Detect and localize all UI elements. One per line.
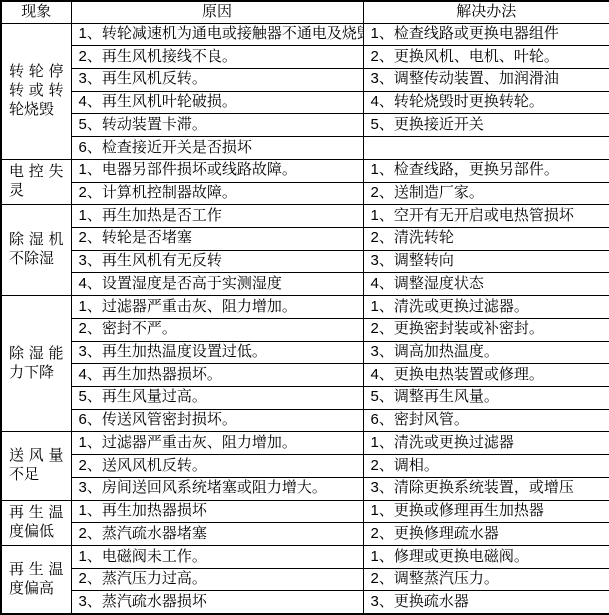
solution-cell: 3、清除更换系统装置，或增压 xyxy=(363,477,609,500)
troubleshooting-table: 现象 原因 解决办法 转轮停转或转轮烧毁1、转轮减速机为通电或接触器不通电及烧毁… xyxy=(0,0,609,615)
cause-cell: 4、设置湿度是否高于实测湿度 xyxy=(71,273,363,296)
table-row: 6、检查接近开关是否损坏 xyxy=(1,137,609,160)
cause-cell: 2、送风风机反转。 xyxy=(71,455,363,478)
solution-cell: 6、密封风管。 xyxy=(363,409,609,432)
cause-cell: 3、再生风机有无反转 xyxy=(71,250,363,273)
solution-cell: 4、更换电热装置或修理。 xyxy=(363,364,609,387)
phenomenon-cell: 除湿能力下降 xyxy=(1,296,71,432)
cause-cell: 2、转轮是否堵塞 xyxy=(71,227,363,250)
cause-cell: 2、密封不严。 xyxy=(71,318,363,341)
cause-cell: 4、再生加热器损坏。 xyxy=(71,364,363,387)
table-row: 3、蒸汽疏水器损坏3、更换疏水器 xyxy=(1,591,609,614)
cause-cell: 3、再生加热温度设置过低。 xyxy=(71,341,363,364)
solution-cell: 1、更换或修理再生加热器 xyxy=(363,500,609,523)
header-cell-phenomenon: 现象 xyxy=(1,1,71,23)
solution-cell: 1、检查线路或更换电器组件 xyxy=(363,23,609,46)
cause-cell: 6、传送风管密封损坏。 xyxy=(71,409,363,432)
solution-cell: 2、清洗转轮 xyxy=(363,227,609,250)
cause-cell: 1、过滤器严重击灰、阻力增加。 xyxy=(71,296,363,319)
cause-cell: 1、转轮减速机为通电或接触器不通电及烧毁。 xyxy=(71,23,363,46)
cause-cell: 2、蒸汽压力过高。 xyxy=(71,568,363,591)
solution-cell: 4、转轮烧毁时更换转轮。 xyxy=(363,91,609,114)
cause-cell: 3、蒸汽疏水器损坏 xyxy=(71,591,363,614)
table-row: 2、蒸汽疏水器堵塞2、更换修理疏水器 xyxy=(1,523,609,546)
header-cell-solution: 解决办法 xyxy=(363,1,609,23)
header-row: 现象 原因 解决办法 xyxy=(1,1,609,23)
phenomenon-cell: 除湿机不除湿 xyxy=(1,205,71,296)
phenomenon-cell: 转轮停转或转轮烧毁 xyxy=(1,23,71,159)
table-row: 送风量不足1、过滤器严重击灰、阻力增加。1、清洗或更换过滤器 xyxy=(1,432,609,455)
solution-cell: 2、调相。 xyxy=(363,455,609,478)
table-row: 3、再生风机反转。3、调整传动装置、加润滑油 xyxy=(1,68,609,91)
solution-cell: 2、更换修理疏水器 xyxy=(363,523,609,546)
cause-cell: 1、电器另部件损坏或线路故障。 xyxy=(71,159,363,182)
phenomenon-cell: 送风量不足 xyxy=(1,432,71,500)
solution-cell: 2、送制造厂家。 xyxy=(363,182,609,205)
solution-cell: 1、清洗或更换过滤器。 xyxy=(363,296,609,319)
cause-cell: 1、电磁阀未工作。 xyxy=(71,546,363,569)
solution-cell xyxy=(363,137,609,160)
phenomenon-cell: 再生温度偏高 xyxy=(1,546,71,614)
table-body: 转轮停转或转轮烧毁1、转轮减速机为通电或接触器不通电及烧毁。1、检查线路或更换电… xyxy=(1,23,609,614)
solution-cell: 5、更换接近开关 xyxy=(363,114,609,137)
solution-cell: 1、修理或更换电磁阀。 xyxy=(363,546,609,569)
solution-cell: 2、更换风机、电机、叶轮。 xyxy=(363,46,609,69)
table-row: 除湿能力下降1、过滤器严重击灰、阻力增加。1、清洗或更换过滤器。 xyxy=(1,296,609,319)
table-row: 2、密封不严。2、更换密封装或补密封。 xyxy=(1,318,609,341)
phenomenon-cell: 电控失灵 xyxy=(1,159,71,204)
table-row: 2、蒸汽压力过高。2、调整蒸汽压力。 xyxy=(1,568,609,591)
solution-cell: 1、检查线路，更换另部件。 xyxy=(363,159,609,182)
table-row: 转轮停转或转轮烧毁1、转轮减速机为通电或接触器不通电及烧毁。1、检查线路或更换电… xyxy=(1,23,609,46)
table-row: 4、设置湿度是否高于实测湿度4、调整湿度状态 xyxy=(1,273,609,296)
table-row: 除湿机不除湿1、再生加热是否工作1、空开有无开启或电热管损坏 xyxy=(1,205,609,228)
solution-cell: 3、调整传动装置、加润滑油 xyxy=(363,68,609,91)
table-row: 4、再生风机叶轮破损。4、转轮烧毁时更换转轮。 xyxy=(1,91,609,114)
table-row: 3、房间送回风系统堵塞或阻力增大。3、清除更换系统装置，或增压 xyxy=(1,477,609,500)
cause-cell: 1、再生加热器损坏 xyxy=(71,500,363,523)
table-row: 2、再生风机接线不良。2、更换风机、电机、叶轮。 xyxy=(1,46,609,69)
table-row: 3、再生风机有无反转3、调整转向 xyxy=(1,250,609,273)
table-row: 电控失灵1、电器另部件损坏或线路故障。1、检查线路，更换另部件。 xyxy=(1,159,609,182)
table-row: 6、传送风管密封损坏。6、密封风管。 xyxy=(1,409,609,432)
cause-cell: 5、再生风量过高。 xyxy=(71,387,363,410)
cause-cell: 3、再生风机反转。 xyxy=(71,68,363,91)
table-row: 2、送风风机反转。2、调相。 xyxy=(1,455,609,478)
table-row: 再生温度偏低1、再生加热器损坏1、更换或修理再生加热器 xyxy=(1,500,609,523)
cause-cell: 5、转动装置卡滞。 xyxy=(71,114,363,137)
cause-cell: 4、再生风机叶轮破损。 xyxy=(71,91,363,114)
solution-cell: 1、空开有无开启或电热管损坏 xyxy=(363,205,609,228)
cause-cell: 1、再生加热是否工作 xyxy=(71,205,363,228)
header-cell-cause: 原因 xyxy=(71,1,363,23)
solution-cell: 4、调整湿度状态 xyxy=(363,273,609,296)
table-row: 4、再生加热器损坏。4、更换电热装置或修理。 xyxy=(1,364,609,387)
table-row: 5、再生风量过高。5、调整再生风量。 xyxy=(1,387,609,410)
table-row: 3、再生加热温度设置过低。3、调高加热温度。 xyxy=(1,341,609,364)
cause-cell: 6、检查接近开关是否损坏 xyxy=(71,137,363,160)
cause-cell: 2、再生风机接线不良。 xyxy=(71,46,363,69)
table-row: 2、计算机控制器故障。2、送制造厂家。 xyxy=(1,182,609,205)
solution-cell: 3、更换疏水器 xyxy=(363,591,609,614)
phenomenon-cell: 再生温度偏低 xyxy=(1,500,71,545)
solution-cell: 2、更换密封装或补密封。 xyxy=(363,318,609,341)
cause-cell: 2、蒸汽疏水器堵塞 xyxy=(71,523,363,546)
solution-cell: 3、调高加热温度。 xyxy=(363,341,609,364)
solution-cell: 5、调整再生风量。 xyxy=(363,387,609,410)
cause-cell: 3、房间送回风系统堵塞或阻力增大。 xyxy=(71,477,363,500)
table-row: 2、转轮是否堵塞2、清洗转轮 xyxy=(1,227,609,250)
solution-cell: 3、调整转向 xyxy=(363,250,609,273)
solution-cell: 1、清洗或更换过滤器 xyxy=(363,432,609,455)
table-row: 5、转动装置卡滞。5、更换接近开关 xyxy=(1,114,609,137)
solution-cell: 2、调整蒸汽压力。 xyxy=(363,568,609,591)
cause-cell: 2、计算机控制器故障。 xyxy=(71,182,363,205)
cause-cell: 1、过滤器严重击灰、阻力增加。 xyxy=(71,432,363,455)
table-row: 再生温度偏高1、电磁阀未工作。1、修理或更换电磁阀。 xyxy=(1,546,609,569)
